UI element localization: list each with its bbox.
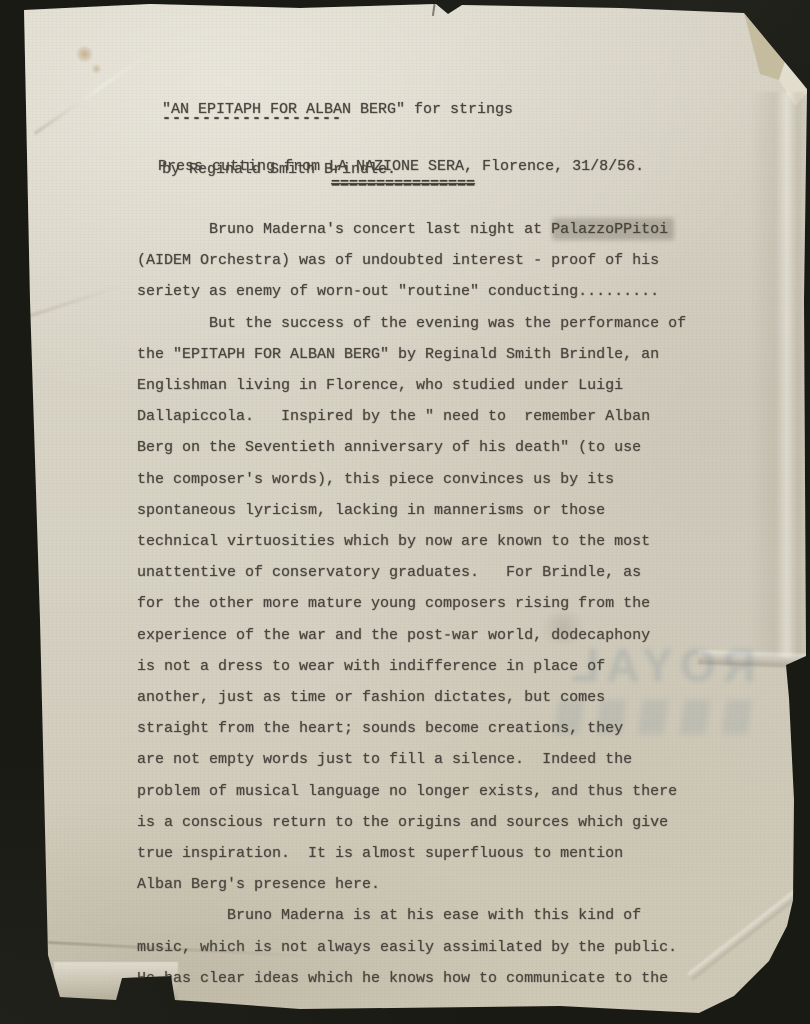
typed-line: Berg on the Seventieth anniversary of hi…	[137, 432, 686, 463]
typed-line: another, just as time or fashion dictate…	[137, 682, 686, 713]
document-title: "AN EPITAPH FOR ALBAN BERG" for strings …	[162, 60, 513, 220]
typed-line: straight from the heart; sounds become c…	[137, 713, 686, 744]
typed-line: Englishman living in Florence, who studi…	[137, 370, 686, 401]
typed-line: music, which is not always easily assimi…	[137, 932, 686, 963]
body-text: Bruno Maderna's concert last night at Pa…	[137, 214, 686, 994]
separator-dashes: ------------------	[162, 110, 342, 128]
typed-line: is not a dress to wear with indifference…	[137, 651, 686, 682]
left-edge-wrinkle	[28, 285, 120, 318]
source-line: Press cutting from LA NAZIONE SERA, Flor…	[158, 158, 644, 175]
source-underline: ================	[331, 177, 475, 192]
typed-line: seriety as enemy of worn-out "routine" c…	[137, 276, 686, 307]
typed-line: Dallapiccola. Inspired by the " need to …	[137, 401, 686, 432]
stain-spot-small	[91, 64, 102, 74]
typed-line: (AIDEM Orchestra) was of undoubted inter…	[137, 245, 686, 276]
right-edge-tear	[698, 650, 806, 668]
typed-line: problem of musical language no longer ex…	[137, 776, 686, 807]
typed-line: But the success of the evening was the p…	[137, 308, 686, 339]
typed-line: are not empty words just to fill a silen…	[137, 744, 686, 775]
typed-line: unattentive of conservatory graduates. F…	[137, 557, 686, 588]
typed-line: is a conscious return to the origins and…	[137, 807, 686, 838]
paper-sheet: ROYAL "AN EPITAPH FOR ALBAN BERG" for st…	[0, 0, 810, 1024]
typed-line: Bruno Maderna's concert last night at Pa…	[137, 214, 686, 245]
typed-line: experience of the war and the post-war w…	[137, 620, 686, 651]
typed-line: for the other more mature young composer…	[137, 588, 686, 619]
top-left-wrinkle	[34, 52, 150, 135]
typed-line: Bruno Maderna is at his ease with this k…	[137, 900, 686, 931]
scan-backdrop: ROYAL "AN EPITAPH FOR ALBAN BERG" for st…	[0, 0, 810, 1024]
typed-line: spontaneous lyricism, lacking in manneri…	[137, 495, 686, 526]
bottom-right-fold-ridge	[687, 869, 810, 981]
typed-line: Alban Berg's presence here.	[137, 869, 686, 900]
stain-spot	[76, 46, 93, 62]
vertical-fold-crease	[750, 92, 806, 658]
typed-line: the composer's words), this piece convin…	[137, 464, 686, 495]
typed-line: He has clear ideas which he knows how to…	[137, 963, 686, 994]
typed-line: technical virtuosities which by now are …	[137, 526, 686, 557]
top-edge-crack	[432, 0, 436, 16]
typed-line: the "EPITAPH FOR ALBAN BERG" by Reginald…	[137, 339, 686, 370]
typed-line: true inspiration. It is almost superfluo…	[137, 838, 686, 869]
